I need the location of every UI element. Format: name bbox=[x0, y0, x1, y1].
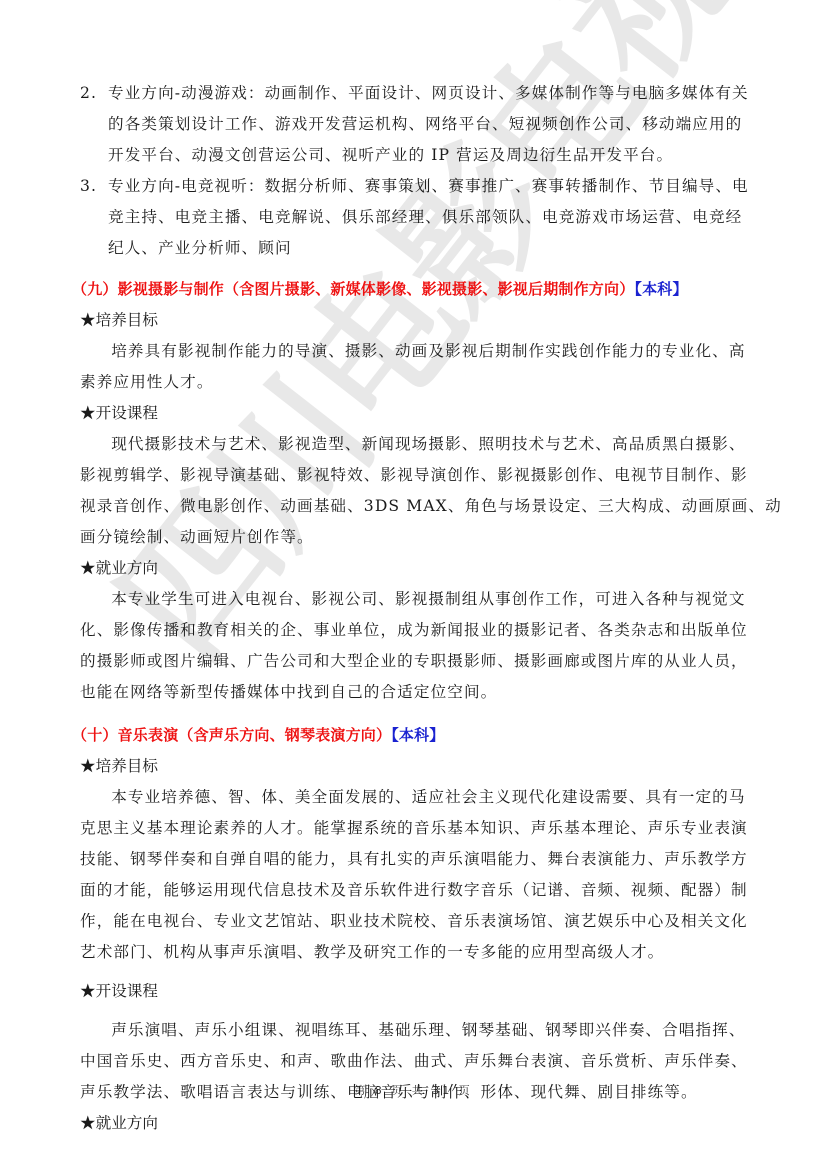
goal-text-line: 本专业培养德、智、体、美全面发展的、适应社会主义现代化建设需要、具有一定的马 bbox=[80, 782, 752, 813]
document-page: 四川电影电视学院 2. 专业方向-动漫游戏：动画制作、平面设计、网页设计、多媒体… bbox=[0, 0, 827, 1169]
list-text-line: 开发平台、动漫文创营运公司、视听产业的 IP 营运及周边衍生品开发平台。 bbox=[108, 140, 752, 171]
goal-text-line: 作，能在电视台、专业文艺馆站、职业技术院校、音乐表演场馆、演艺娱乐中心及相关文化 bbox=[80, 906, 752, 937]
career-label: ★就业方向 bbox=[80, 553, 752, 584]
courses-text-line: 声乐演唱、声乐小组课、视唱练耳、基础乐理、钢琴基础、钢琴即兴伴奏、合唱指挥、 bbox=[80, 1015, 752, 1046]
list-text-line: 竞主持、电竞主播、电竞解说、俱乐部经理、俱乐部领队、电竞游戏市场运营、电竞经 bbox=[108, 202, 752, 233]
career-label: ★就业方向 bbox=[80, 1108, 752, 1139]
goal-text-line: 素养应用性人才。 bbox=[80, 367, 752, 398]
courses-label: ★开设课程 bbox=[80, 398, 752, 429]
list-text-line: 的各类策划设计工作、游戏开发营运机构、网络平台、短视频创作公司、移动端应用的 bbox=[108, 109, 752, 140]
courses-text-line: 声乐教学法、歌唱语言表达与训练、电脑音乐与制作、形体、现代舞、剧目排练等。 bbox=[80, 1077, 752, 1108]
section-heading: （十）音乐表演（含声乐方向、钢琴表演方向）【本科】 bbox=[72, 720, 752, 751]
courses-text-line: 现代摄影技术与艺术、影视造型、新闻现场摄影、照明技术与艺术、高品质黑白摄影、 bbox=[80, 429, 752, 460]
goal-label: ★培养目标 bbox=[80, 751, 752, 782]
list-item-3: 3. 专业方向-电竞视听：数据分析师、赛事策划、赛事推广、赛事转播制作、节目编导… bbox=[80, 171, 752, 264]
section-film-photography: （九）影视摄影与制作（含图片摄影、新媒体影像、影视摄影、影视后期制作方向）【本科… bbox=[80, 274, 752, 708]
courses-text-line: 视录音创作、微电影创作、动画基础、3DS MAX、角色与场景设定、三大构成、动画… bbox=[80, 491, 752, 522]
page-content: 2. 专业方向-动漫游戏：动画制作、平面设计、网页设计、多媒体制作等与电脑多媒体… bbox=[80, 78, 752, 1139]
career-text-line: 也能在网络等新型传播媒体中找到自己的合适定位空间。 bbox=[80, 677, 752, 708]
courses-text-line: 中国音乐史、西方音乐史、和声、歌曲作法、曲式、声乐舞台表演、音乐赏析、声乐伴奏、 bbox=[80, 1046, 752, 1077]
section-music-performance: （十）音乐表演（含声乐方向、钢琴表演方向）【本科】 ★培养目标 本专业培养德、智… bbox=[80, 720, 752, 1139]
courses-text-line: 画分镜绘制、动画短片创作等。 bbox=[80, 522, 752, 553]
list-text-line: 专业方向-动漫游戏：动画制作、平面设计、网页设计、多媒体制作等与电脑多媒体有关 bbox=[108, 78, 752, 109]
goal-text-line: 面的才能，能够运用现代信息技术及音乐软件进行数字音乐（记谱、音频、视频、配器）制 bbox=[80, 875, 752, 906]
goal-text-line: 技能、钢琴伴奏和自弹自唱的能力，具有扎实的声乐演唱能力、舞台表演能力、声乐教学方 bbox=[80, 844, 752, 875]
goal-text-line: 克思主义基本理论素养的人才。能掌握系统的音乐基本知识、声乐基本理论、声乐专业表演 bbox=[80, 813, 752, 844]
career-text-line: 的摄影师或图片编辑、广告公司和大型企业的专职摄影师、摄影画廊或图片库的从业人员， bbox=[80, 646, 752, 677]
list-text-line: 纪人、产业分析师、顾问 bbox=[108, 233, 752, 264]
career-text-line: 化、影像传播和教育相关的企、事业单位，成为新闻报业的摄影记者、各类杂志和出版单位 bbox=[80, 615, 752, 646]
courses-text-line: 影视剪辑学、影视导演基础、影视特效、影视导演创作、影视摄影创作、电视节目制作、影 bbox=[80, 460, 752, 491]
section-title: （九）影视摄影与制作（含图片摄影、新媒体影像、影视摄影、影视后期制作方向） bbox=[72, 280, 634, 298]
list-item-2: 2. 专业方向-动漫游戏：动画制作、平面设计、网页设计、多媒体制作等与电脑多媒体… bbox=[80, 78, 752, 171]
goal-text-line: 培养具有影视制作能力的导演、摄影、动画及影视后期制作实践创作能力的专业化、高 bbox=[80, 336, 752, 367]
goal-label: ★培养目标 bbox=[80, 305, 752, 336]
section-heading: （九）影视摄影与制作（含图片摄影、新媒体影像、影视摄影、影视后期制作方向）【本科… bbox=[72, 274, 752, 305]
career-text-line: 本专业学生可进入电视台、影视公司、影视摄制组从事创作工作，可进入各种与视觉文 bbox=[80, 584, 752, 615]
list-text-line: 专业方向-电竞视听：数据分析师、赛事策划、赛事推广、赛事转播制作、节目编导、电 bbox=[108, 171, 752, 202]
degree-tag: 【本科】 bbox=[634, 280, 687, 298]
goal-text-line: 艺术部门、机构从事声乐演唱、教学及研究工作的一专多能的应用型高级人才。 bbox=[80, 937, 752, 968]
list-number: 3. bbox=[80, 171, 108, 264]
list-number: 2. bbox=[80, 78, 108, 171]
courses-label: ★开设课程 bbox=[80, 976, 752, 1007]
section-title: （十）音乐表演（含声乐方向、钢琴表演方向） bbox=[72, 726, 391, 744]
degree-tag: 【本科】 bbox=[391, 726, 444, 744]
